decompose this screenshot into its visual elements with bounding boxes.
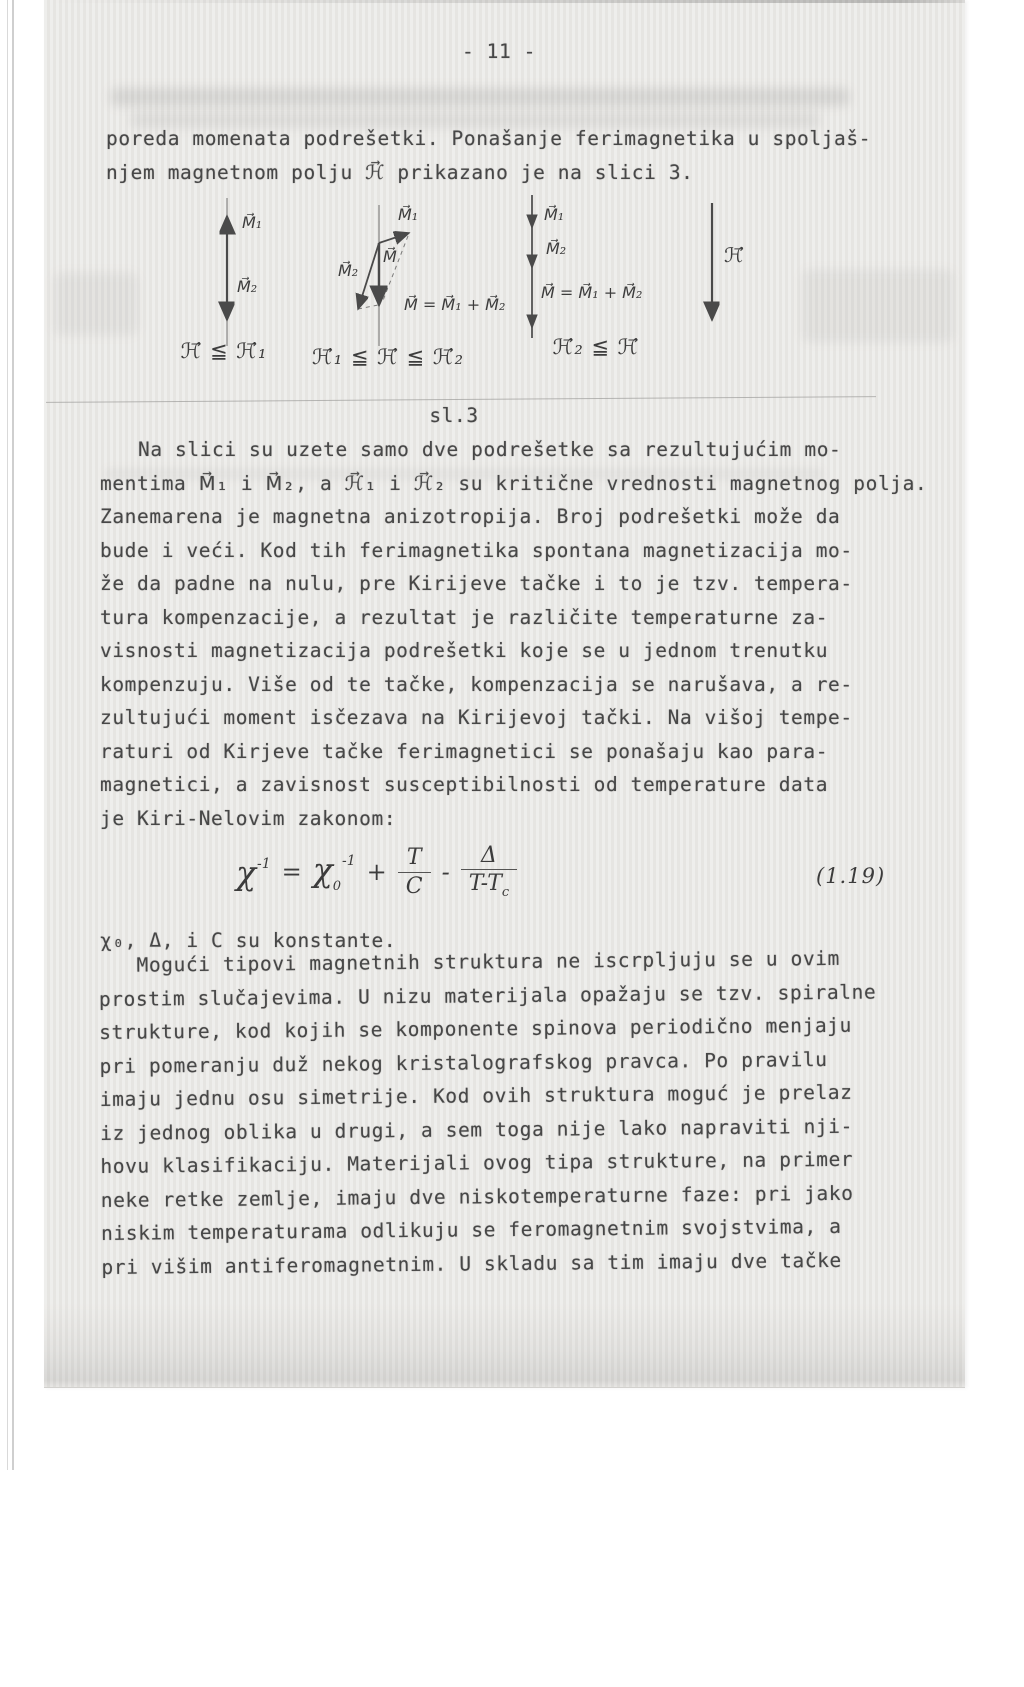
text-line: zultujući moment isčezava na Kirijevoj t… <box>100 701 930 735</box>
figure-sl3: M⃗₁ M⃗₂ ℋ⃗ ≦ ℋ⃗₁ M⃗₁ M⃗₂ M⃗ M⃗ = M⃗₁ + M… <box>160 186 784 382</box>
condition-label: ℋ⃗₁ ≦ ℋ⃗ ≦ ℋ⃗₂ <box>312 345 464 369</box>
diagram-intermediate-field: M⃗₁ M⃗₂ M⃗ M⃗ = M⃗₁ + M⃗₂ ℋ⃗₁ ≦ ℋ⃗ ≦ ℋ⃗₂ <box>312 204 505 369</box>
scanned-page: - 11 - poreda momenata podrešetki. Ponaš… <box>44 0 965 1388</box>
paragraph-1: Na slici su uzete samo dve podrešetke sa… <box>100 433 930 835</box>
ink-bleed-smudge <box>802 270 954 342</box>
text-line: poreda momenata podrešetki. Ponašanje fe… <box>106 122 871 156</box>
minus-sign: - <box>442 858 450 886</box>
ink-bleed-smudge <box>54 273 138 335</box>
down-arrowhead <box>527 255 537 268</box>
field-label: ℋ⃗ <box>724 243 744 267</box>
text-line: kompenzuju. Više od te tačke, kompenzaci… <box>100 668 930 702</box>
m2-label: M⃗₂ <box>338 260 358 280</box>
equation-curie-neel: χ-1 = χ0-1 + T C - Δ T-Tc <box>236 843 517 901</box>
paragraph-2: Mogući tipovi magnetnih struktura ne isc… <box>98 941 941 1284</box>
resultant-equation-label: M⃗ = M⃗₁ + M⃗₂ <box>404 294 505 314</box>
m1-arrow <box>379 234 406 243</box>
equals-sign: = <box>282 858 302 886</box>
down-arrowhead <box>527 215 537 228</box>
fraction-t-over-c: T C <box>398 845 431 899</box>
figure-divider-rule <box>46 396 876 403</box>
plus-sign: + <box>367 858 387 886</box>
text-line: Na slici su uzete samo dve podrešetke sa… <box>100 433 930 467</box>
equation-number: (1.19) <box>816 864 885 888</box>
condition-label: ℋ⃗₂ ≦ ℋ⃗ <box>553 335 640 359</box>
text-line: visnosti magnetizacija podrešetki koje s… <box>100 634 930 668</box>
parallelogram-dashed-line <box>358 305 378 309</box>
text-line: magnetici, a zavisnost susceptibilnosti … <box>100 768 930 802</box>
fraction-delta-term: Δ T-Tc <box>461 843 517 901</box>
text-line: tura kompenzacije, a rezultat je različi… <box>100 601 930 635</box>
text-line: raturi od Kirjeve tačke ferimagnetici se… <box>100 735 930 769</box>
resultant-equation-label: M⃗ = M⃗₁ + M⃗₂ <box>541 282 642 302</box>
intro-paragraph: poreda momenata podrešetki. Ponašanje fe… <box>106 122 871 189</box>
condition-label: ℋ⃗ ≦ ℋ⃗₁ <box>181 339 268 363</box>
field-vector: ℋ⃗ <box>712 203 744 316</box>
text-line: mentima M⃗₁ i M⃗₂, a ℋ⃗₁ i ℋ⃗₂ su kritič… <box>100 467 930 501</box>
m1-label: M⃗₁ <box>544 204 564 224</box>
diagram-low-field: M⃗₁ M⃗₂ ℋ⃗ ≦ ℋ⃗₁ <box>181 198 268 363</box>
ink-bleed-smudge <box>110 88 850 106</box>
down-arrowhead <box>527 315 537 328</box>
m1-label: M⃗₁ <box>398 204 418 224</box>
m2-label: M⃗₂ <box>546 238 566 258</box>
text-line: bude i veći. Kod tih ferimagnetika spont… <box>100 534 930 568</box>
page-number: - 11 - <box>414 40 584 63</box>
diagram-high-field: M⃗₁ M⃗₂ M⃗ = M⃗₁ + M⃗₂ ℋ⃗₂ ≦ ℋ⃗ <box>527 195 642 359</box>
m2-label: M⃗₂ <box>237 276 257 296</box>
resultant-label: M⃗ <box>383 246 397 266</box>
chi-inverse-term: χ-1 <box>236 853 271 892</box>
text-line: Zanemarena je magnetna anizotropija. Bro… <box>100 500 930 534</box>
chi0-inverse-term: χ0-1 <box>313 850 356 894</box>
scanned-document-view: - 11 - poreda momenata podrešetki. Ponaš… <box>0 0 1024 1687</box>
scanner-artifact-line <box>12 0 14 1470</box>
text-line: njem magnetnom polju ℋ⃗ prikazano je na … <box>106 156 871 190</box>
text-line: je Kiri-Nelovim zakonom: <box>100 802 930 836</box>
text-line: že da padne na nulu, pre Kirijeve tačke … <box>100 567 930 601</box>
scanner-artifact-line <box>7 0 8 1470</box>
m2-arrow <box>359 243 379 306</box>
figure-caption: sl.3 <box>404 404 504 427</box>
m1-label: M⃗₁ <box>242 212 262 232</box>
